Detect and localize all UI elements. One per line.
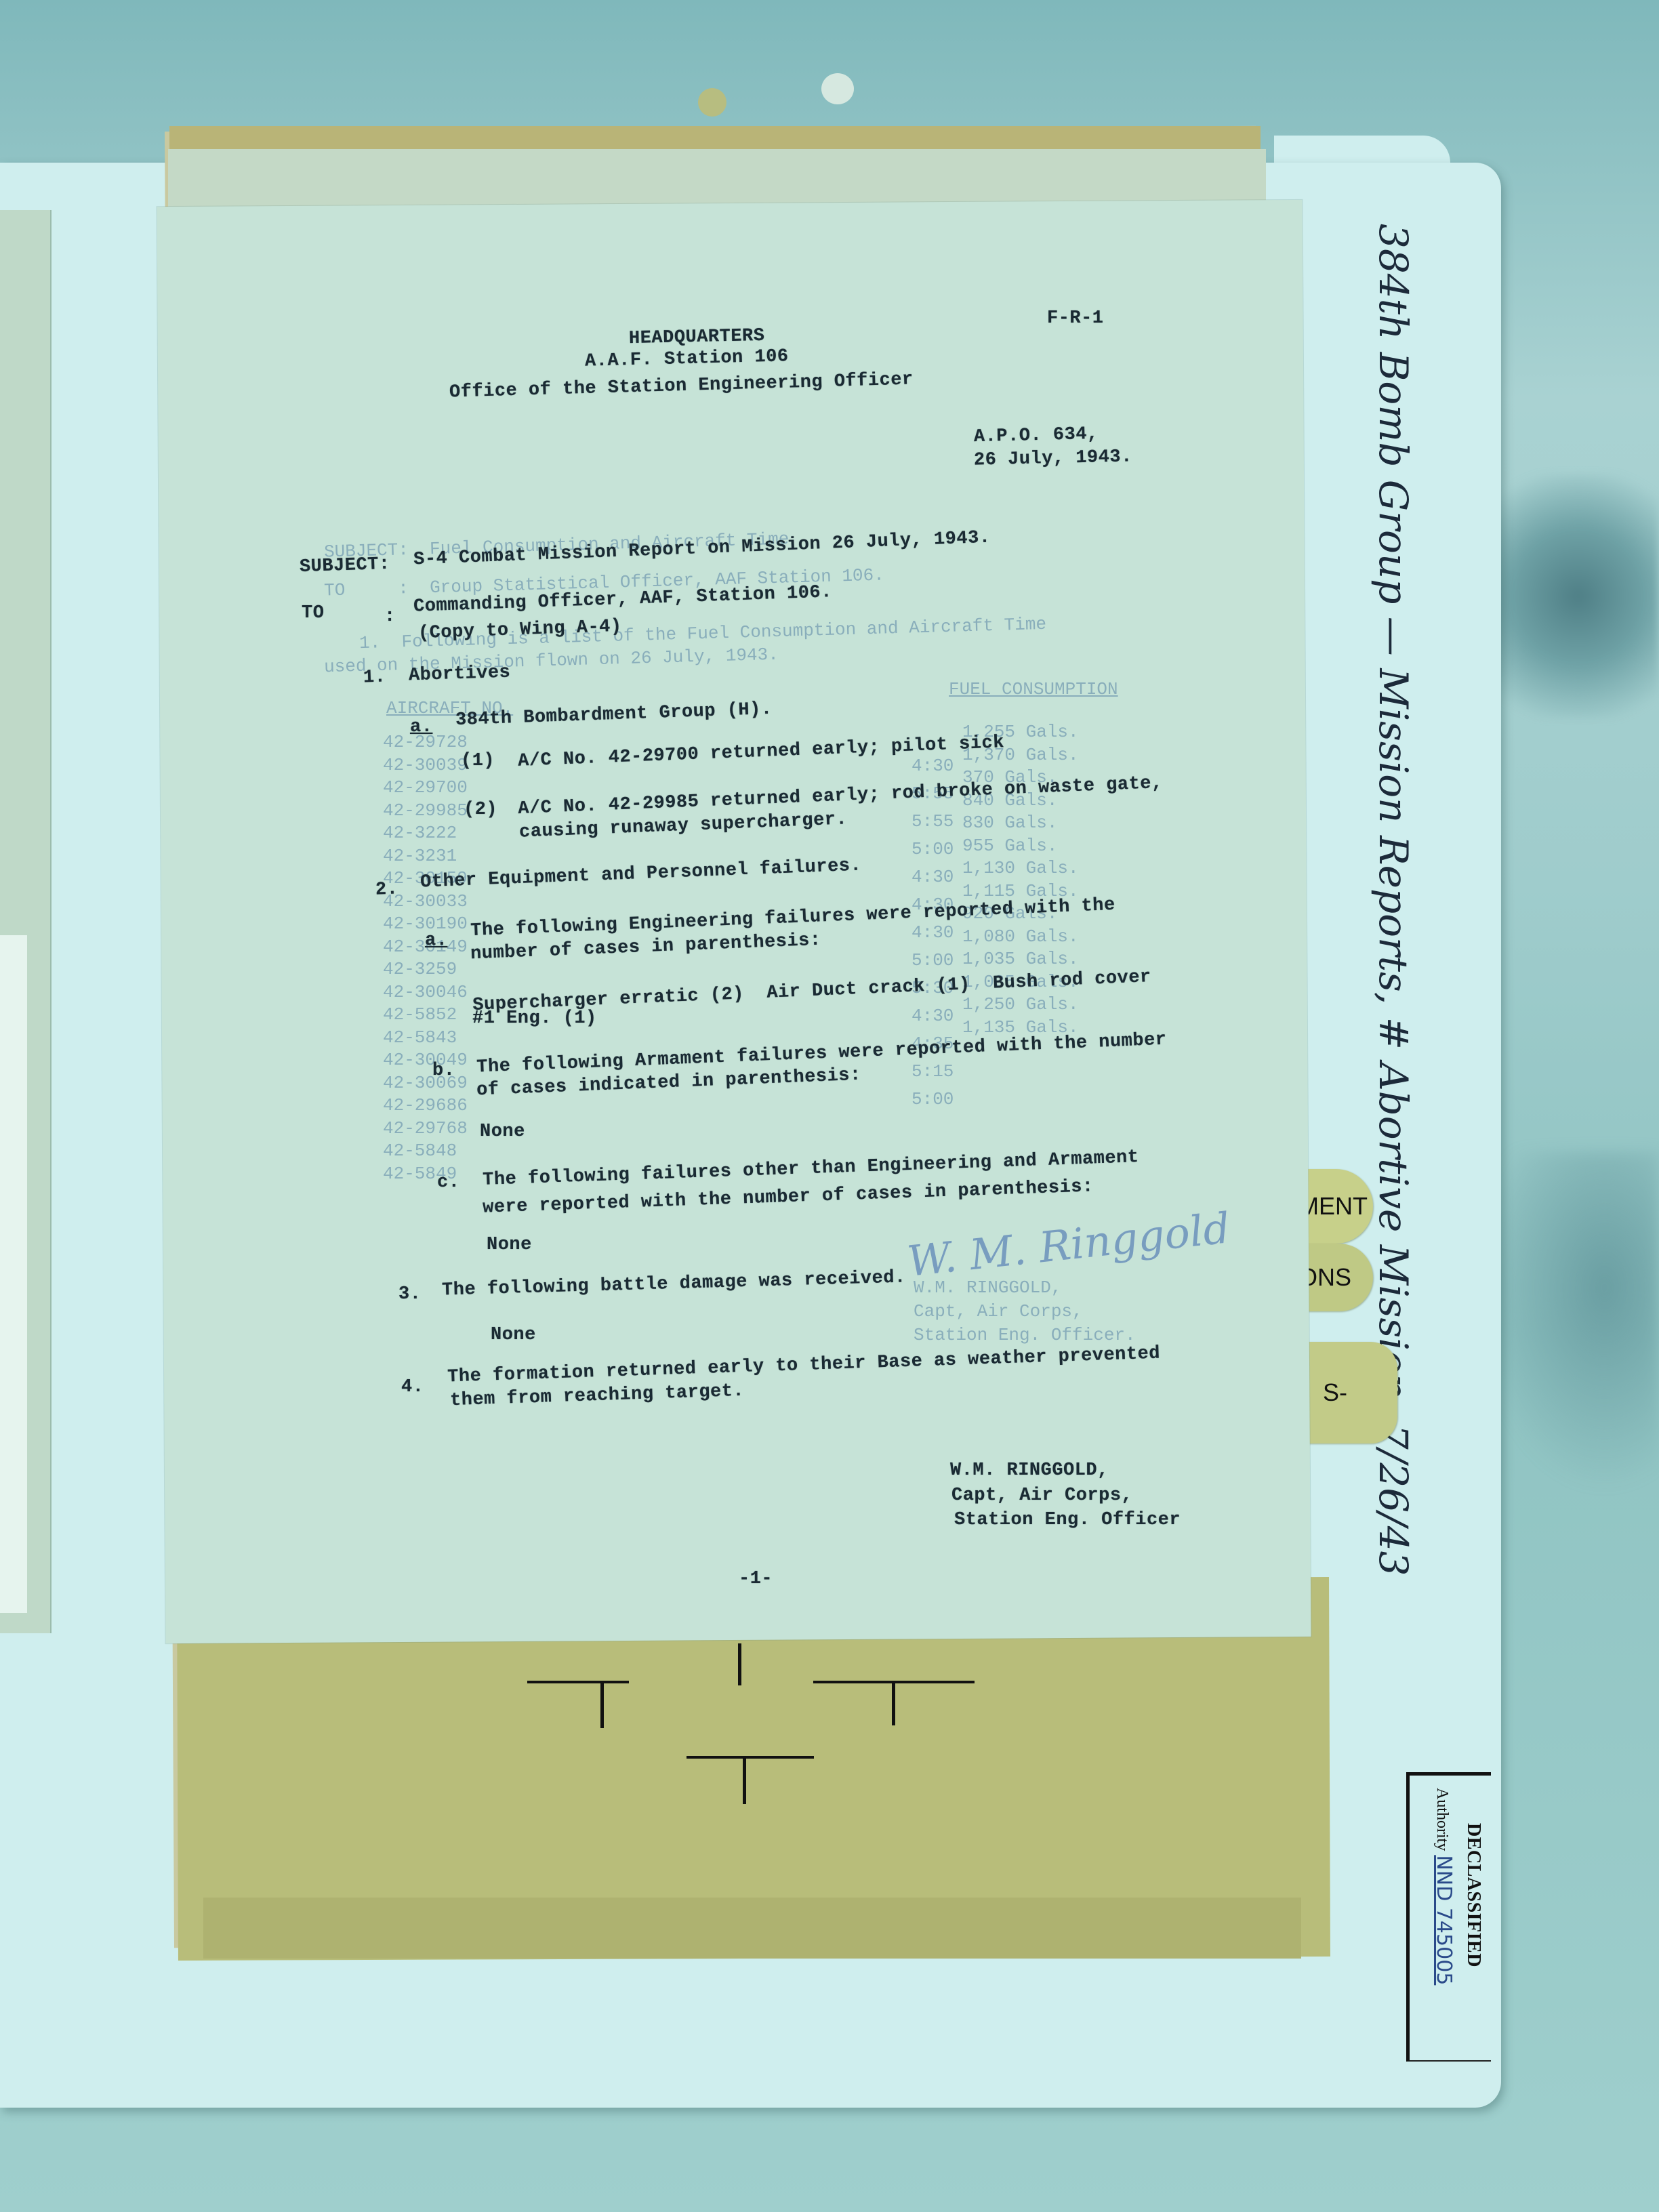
manila-top-edge — [169, 126, 1261, 150]
bleed-through-entry: 42-5852 — [383, 1004, 457, 1025]
bleed-through-entry: 5:15 — [912, 1061, 954, 1082]
apo: A.P.O. 634, — [974, 424, 1099, 447]
stamp-authority-label: Authority — [1433, 1788, 1451, 1851]
bleed-through-entry: 42-3222 — [383, 823, 457, 843]
declassified-stamp: DECLASSIFIED AuthorityNND 745005 — [1406, 1772, 1491, 2062]
header-headquarters: HEADQUARTERS — [629, 326, 765, 349]
left-adjacent-sheet-inner — [0, 935, 27, 1613]
bleed-through-entry: 1,130 Gals. — [962, 858, 1079, 878]
section-3-number: 3. — [398, 1284, 421, 1305]
stamp-authority-code: NND 745005 — [1432, 1855, 1456, 1985]
section-4-number: 4. — [401, 1377, 424, 1397]
engineering-failures-cont: #1 Eng. (1) — [472, 1008, 597, 1029]
bleed-through-entry: 5:55 — [912, 811, 954, 832]
bleed-through-entry: 42-3231 — [383, 846, 457, 866]
bleed-through-entry: 42-29768 — [383, 1118, 468, 1139]
bleed-through-entry: 4:30 — [912, 922, 954, 943]
bleed-through-entry: 42-5848 — [383, 1141, 457, 1161]
background-marble — [1477, 1152, 1659, 1491]
battle-damage-value: None — [491, 1325, 536, 1345]
bleed-through-entry: 5:00 — [912, 1089, 954, 1109]
section-1-number: 1. — [363, 667, 386, 688]
bleed-through-entry: 42-3259 — [383, 959, 457, 979]
stamp-authority: AuthorityNND 745005 — [1432, 1788, 1456, 1985]
signature-title: Station Eng. Officer — [954, 1510, 1181, 1530]
bleed-through-entry: 5:00 — [912, 839, 954, 859]
bleed-through-entry: 830 Gals. — [962, 813, 1057, 833]
section-2a-letter: a. — [425, 930, 447, 951]
bleed-through-entry: 4:30 — [912, 867, 954, 887]
bleed-through-entry: 42-30046 — [383, 982, 468, 1002]
bleed-through-entry: 42-29700 — [383, 777, 468, 798]
index-tab[interactable]: S- — [1296, 1342, 1397, 1443]
signature-name: W.M. RINGGOLD, — [950, 1460, 1109, 1481]
bleed-through-entry: 1,080 Gals. — [962, 926, 1079, 947]
item-1-number: (1) — [461, 751, 495, 771]
section-2c-letter: c. — [437, 1172, 459, 1193]
subject-label: SUBJECT: — [300, 554, 391, 577]
signature-rank: Capt, Air Corps, — [951, 1486, 1132, 1506]
bleed-through-entry: 42-5843 — [383, 1027, 457, 1048]
bleed-through-entry: 5:00 — [912, 950, 954, 970]
report-date: 26 July, 1943. — [974, 447, 1132, 470]
to-colon: : — [384, 607, 396, 627]
section-1a-letter: a. — [410, 717, 432, 737]
section-2-number: 2. — [375, 879, 398, 900]
armament-failures-value: None — [480, 1122, 525, 1142]
bleed-through-entry: 1,035 Gals. — [962, 949, 1079, 969]
manila-backing-lower — [203, 1898, 1301, 1959]
bleed-through-entry: 42-29985 — [383, 800, 468, 821]
stamp-title: DECLASSIFIED — [1462, 1823, 1484, 1967]
section-1-title: Abortives — [409, 663, 511, 687]
form-code: F-R-1 — [1047, 308, 1104, 329]
bleed-through-entry: 1,250 Gals. — [962, 994, 1079, 1015]
section-2b-letter: b. — [432, 1061, 455, 1081]
punch-hole — [698, 88, 726, 117]
item-2-number: (2) — [464, 800, 497, 820]
bleed-through-entry: 4:30 — [912, 756, 954, 776]
bleed-through-entry: 42-30039 — [383, 755, 468, 775]
punch-hole — [821, 73, 854, 104]
other-failures-value: None — [487, 1235, 532, 1255]
page-number: -1- — [739, 1569, 773, 1589]
bleed-through-entry: 42-29686 — [383, 1095, 468, 1115]
bleed-through-entry: 955 Gals. — [962, 836, 1057, 856]
to-label: TO — [302, 603, 324, 623]
bleed-through-entry: 4:30 — [912, 1006, 954, 1026]
